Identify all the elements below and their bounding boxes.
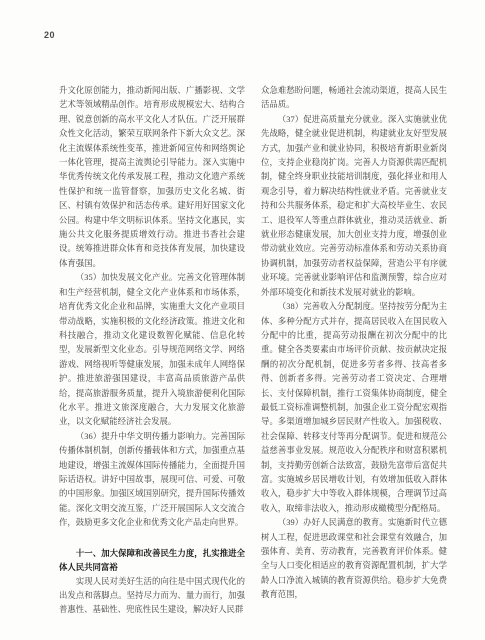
para-common-prosperity-intro: 实现人民对美好生活的向往是中国式现代化的出发点和落脚点。坚持尽力而为、量力而行，… <box>59 575 245 618</box>
right-text-column: 众急难愁盼问题，畅通社会流动渠道，提高人民生活品质。 （37）促进高质量充分就业… <box>261 84 447 603</box>
page-number: 20 <box>44 30 55 40</box>
para-39-education: （39）办好人民满意的教育。实施新时代立德树人工程，促进思政课堂和社会课堂有效融… <box>261 516 447 602</box>
para-36-civilization-communication: （36）提升中华文明传播力影响力。完善国际传播体制机制，创新传播载体和方式，加强… <box>59 430 245 531</box>
para-35-culture-industry: （35）加快发展文化产业。完善文化管理体制和生产经营机制，健全文化产业体系和市场… <box>59 271 245 429</box>
document-page: 20 升文化原创能力，推动新闻出版、广播影视、文学艺术等领域精品创作。培育形成规… <box>0 0 485 640</box>
section-heading-11-livelihood: 十一、加大保障和改善民生力度，扎实推进全体人民共同富裕 <box>59 546 245 575</box>
para-38-income-distribution: （38）完善收入分配制度。坚持按劳分配为主体、多种分配方式并存，提高居民收入在国… <box>261 300 447 516</box>
left-text-column: 升文化原创能力，推动新闻出版、广播影视、文学艺术等领域精品创作。培育形成规模宏大… <box>59 84 245 618</box>
para-livelihood-continuation: 众急难愁盼问题，畅通社会流动渠道，提高人民生活品质。 <box>261 84 447 113</box>
para-culture-continuation: 升文化原创能力，推动新闻出版、广播影视、文学艺术等领域精品创作。培育形成规模宏大… <box>59 84 245 271</box>
para-37-employment: （37）促进高质量充分就业。深入实施就业优先战略，健全就业促进机制，构建就业友好… <box>261 113 447 300</box>
